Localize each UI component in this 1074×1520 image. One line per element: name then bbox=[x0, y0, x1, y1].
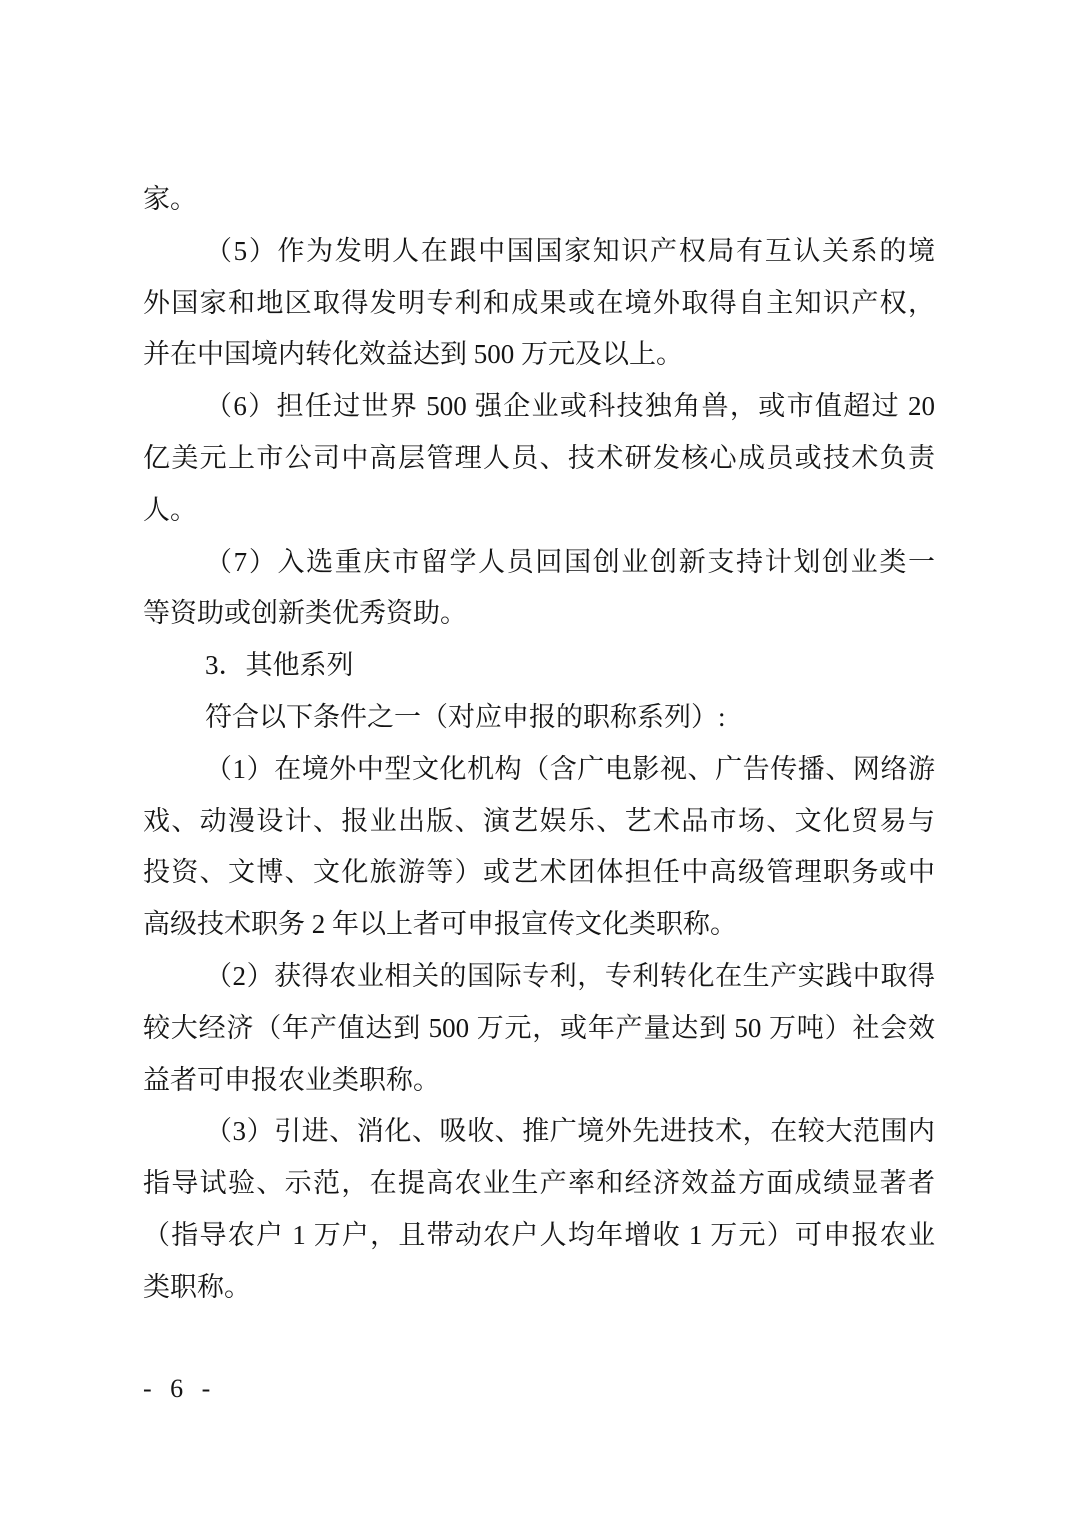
text-line: （指导农户 1 万户，且带动农户人均年增收 1 万元）可申报农业 bbox=[143, 1210, 935, 1262]
page-number: - 6 - bbox=[143, 1374, 216, 1404]
text-line: 人。 bbox=[143, 485, 935, 537]
text-line: （1）在境外中型文化机构（含广电影视、广告传播、网络游 bbox=[143, 744, 935, 796]
text-line: 戏、动漫设计、报业出版、演艺娱乐、艺术品市场、文化贸易与 bbox=[143, 796, 935, 848]
text-line: 高级技术职务 2 年以上者可申报宣传文化类职称。 bbox=[143, 899, 935, 951]
text-line: 指导试验、示范，在提高农业生产率和经济效益方面成绩显著者 bbox=[143, 1158, 935, 1210]
document-page: 家。（5）作为发明人在跟中国国家知识产权局有互认关系的境外国家和地区取得发明专利… bbox=[0, 0, 1074, 1520]
text-line: 益者可申报农业类职称。 bbox=[143, 1055, 935, 1107]
text-line: （5）作为发明人在跟中国国家知识产权局有互认关系的境 bbox=[143, 226, 935, 278]
text-line: （6）担任过世界 500 强企业或科技独角兽，或市值超过 20 bbox=[143, 381, 935, 433]
text-line: （7）入选重庆市留学人员回国创业创新支持计划创业类一 bbox=[143, 537, 935, 589]
document-body: 家。（5）作为发明人在跟中国国家知识产权局有互认关系的境外国家和地区取得发明专利… bbox=[143, 174, 935, 1314]
text-line: 3．其他系列 bbox=[143, 640, 935, 692]
text-line: （3）引进、消化、吸收、推广境外先进技术，在较大范围内 bbox=[143, 1106, 935, 1158]
text-line: 亿美元上市公司中高层管理人员、技术研发核心成员或技术负责 bbox=[143, 433, 935, 485]
text-line: 较大经济（年产值达到 500 万元，或年产量达到 50 万吨）社会效 bbox=[143, 1003, 935, 1055]
text-line: 类职称。 bbox=[143, 1262, 935, 1314]
text-line: 并在中国境内转化效益达到 500 万元及以上。 bbox=[143, 329, 935, 381]
text-line: 符合以下条件之一（对应申报的职称系列）: bbox=[143, 692, 935, 744]
text-line: 外国家和地区取得发明专利和成果或在境外取得自主知识产权， bbox=[143, 278, 935, 330]
text-line: （2）获得农业相关的国际专利，专利转化在生产实践中取得 bbox=[143, 951, 935, 1003]
text-line: 家。 bbox=[143, 174, 935, 226]
text-line: 投资、文博、文化旅游等）或艺术团体担任中高级管理职务或中 bbox=[143, 847, 935, 899]
text-line: 等资助或创新类优秀资助。 bbox=[143, 588, 935, 640]
